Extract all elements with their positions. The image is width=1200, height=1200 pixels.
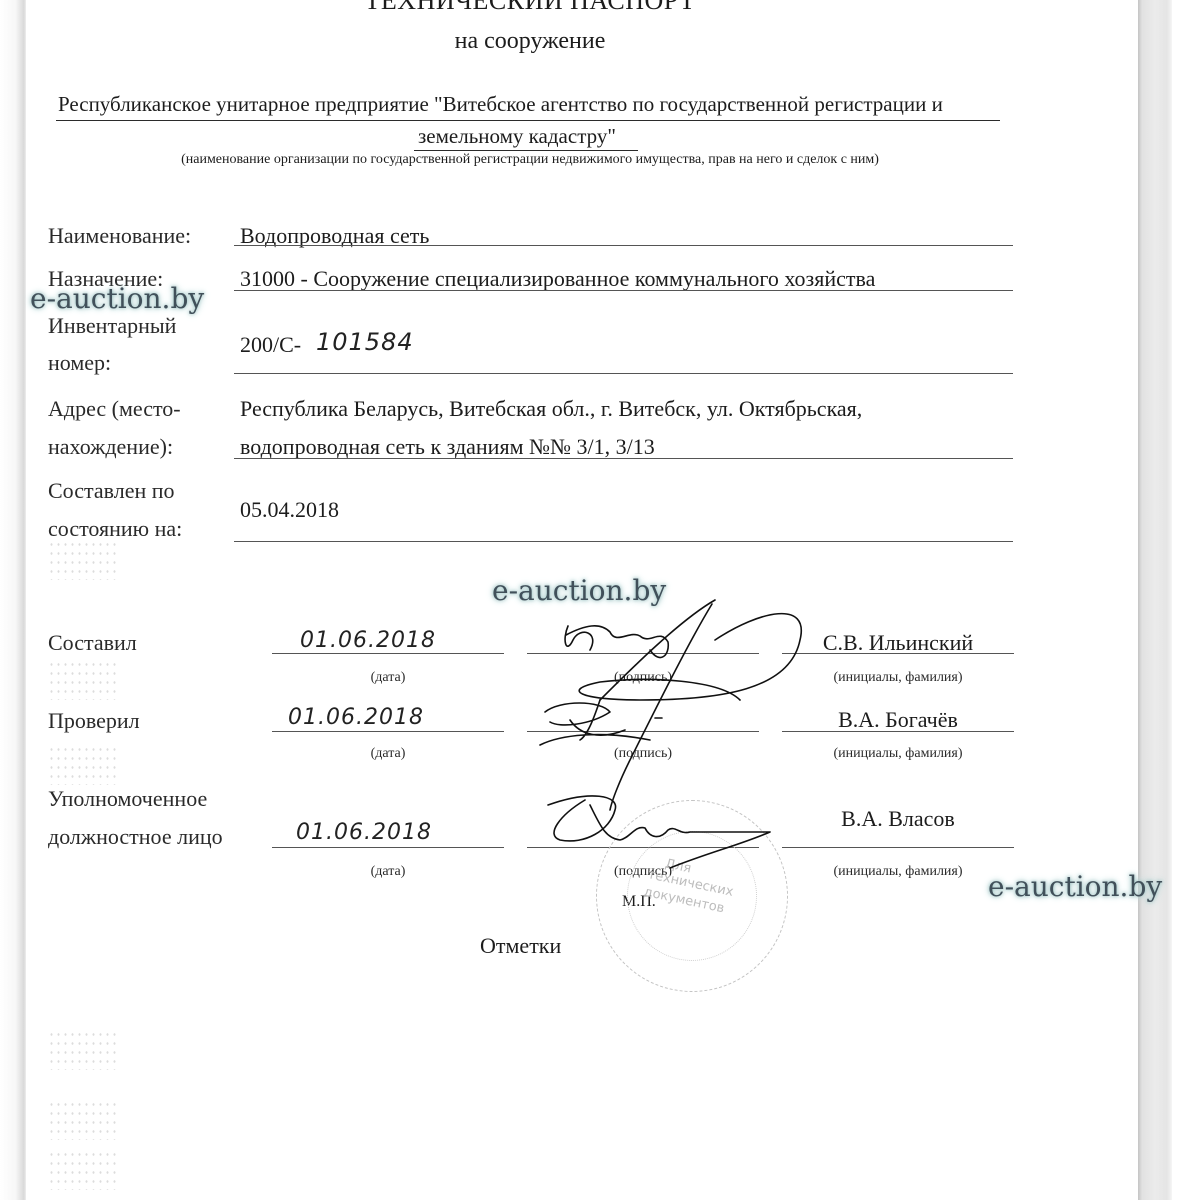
signer-1-role: Составил bbox=[48, 630, 137, 656]
signer-3-role-2: должностное лицо bbox=[48, 824, 223, 850]
organization-underline bbox=[414, 150, 638, 151]
document-title: ТЕХНИЧЕСКИЙ ПАСПОРТ bbox=[0, 0, 1060, 16]
scan-edge-left bbox=[0, 0, 26, 1200]
signer-3-date-caption: (дата) bbox=[272, 864, 504, 880]
signer-2-name-line bbox=[782, 731, 1014, 732]
watermark: e-auction.by bbox=[30, 282, 204, 315]
signer-2-date: 01.06.2018 bbox=[288, 705, 424, 730]
scan-noise bbox=[48, 1100, 118, 1140]
name-underline bbox=[234, 245, 1013, 246]
signer-3-name-line bbox=[782, 847, 1014, 848]
signer-2-role: Проверил bbox=[48, 708, 140, 734]
signer-2-signature-caption: (подпись) bbox=[527, 746, 759, 762]
signer-2-name-caption: (инициалы, фамилия) bbox=[782, 746, 1014, 762]
signer-3-name: В.А. Власов bbox=[782, 806, 1014, 832]
as-of-value: 05.04.2018 bbox=[240, 497, 339, 523]
signer-2-name: В.А. Богачёв bbox=[782, 707, 1014, 733]
address-value-line-2: водопроводная сеть к зданиям №№ 3/1, 3/1… bbox=[240, 434, 655, 460]
as-of-underline bbox=[234, 541, 1013, 542]
scan-noise bbox=[48, 1150, 118, 1190]
organization-caption: (наименование организации по государстве… bbox=[0, 152, 1060, 168]
scan-edge-right bbox=[1138, 0, 1172, 1200]
official-stamp: Для технических документов bbox=[596, 800, 788, 992]
scan-noise bbox=[48, 745, 118, 785]
purpose-value: 31000 - Сооружение специализированное ко… bbox=[240, 266, 875, 292]
as-of-label-2: состоянию на: bbox=[48, 516, 182, 542]
signer-1-date: 01.06.2018 bbox=[300, 628, 436, 653]
signer-3-date-line bbox=[272, 847, 504, 848]
scan-noise bbox=[48, 660, 118, 700]
document-subtitle: на сооружение bbox=[0, 28, 1060, 55]
signer-1-date-caption: (дата) bbox=[272, 670, 504, 686]
signer-1-name-caption: (инициалы, фамилия) bbox=[782, 670, 1014, 686]
purpose-underline bbox=[234, 290, 1013, 291]
signer-2-signature-line bbox=[527, 731, 759, 732]
signer-3-date: 01.06.2018 bbox=[296, 820, 432, 845]
signer-3-name-caption: (инициалы, фамилия) bbox=[782, 864, 1014, 880]
inventory-label: Инвентарный bbox=[48, 313, 176, 339]
as-of-label: Составлен по bbox=[48, 478, 175, 504]
signer-3-role: Уполномоченное bbox=[48, 786, 207, 812]
address-underline bbox=[234, 458, 1013, 459]
inventory-prefix: 200/С- bbox=[240, 332, 301, 358]
signature-2 bbox=[540, 700, 662, 745]
signer-2-date-caption: (дата) bbox=[272, 746, 504, 762]
address-label: Адрес (место- bbox=[48, 396, 181, 422]
inventory-underline bbox=[234, 373, 1013, 374]
scan-noise bbox=[48, 540, 118, 580]
inventory-label-2: номер: bbox=[48, 350, 111, 376]
signer-1-signature-line bbox=[527, 653, 759, 654]
address-value-line-1: Республика Беларусь, Витебская обл., г. … bbox=[240, 396, 862, 422]
signer-2-date-line bbox=[272, 731, 504, 732]
inventory-handwritten-number: 101584 bbox=[316, 328, 414, 356]
signer-1-signature-caption: (подпись) bbox=[527, 670, 759, 686]
organization-line-2: земельному кадастру" bbox=[418, 124, 616, 149]
name-label: Наименование: bbox=[48, 223, 191, 249]
signer-1-name-line bbox=[782, 653, 1014, 654]
address-label-2: нахождение): bbox=[48, 434, 173, 460]
organization-underline bbox=[56, 120, 1000, 121]
scan-noise bbox=[48, 1030, 118, 1070]
signer-1-date-line bbox=[272, 653, 504, 654]
organization-line-1: Республиканское унитарное предприятие "В… bbox=[58, 92, 943, 117]
watermark: e-auction.by bbox=[988, 870, 1162, 903]
watermark: e-auction.by bbox=[492, 574, 666, 607]
remarks-heading: Отметки bbox=[480, 933, 561, 959]
